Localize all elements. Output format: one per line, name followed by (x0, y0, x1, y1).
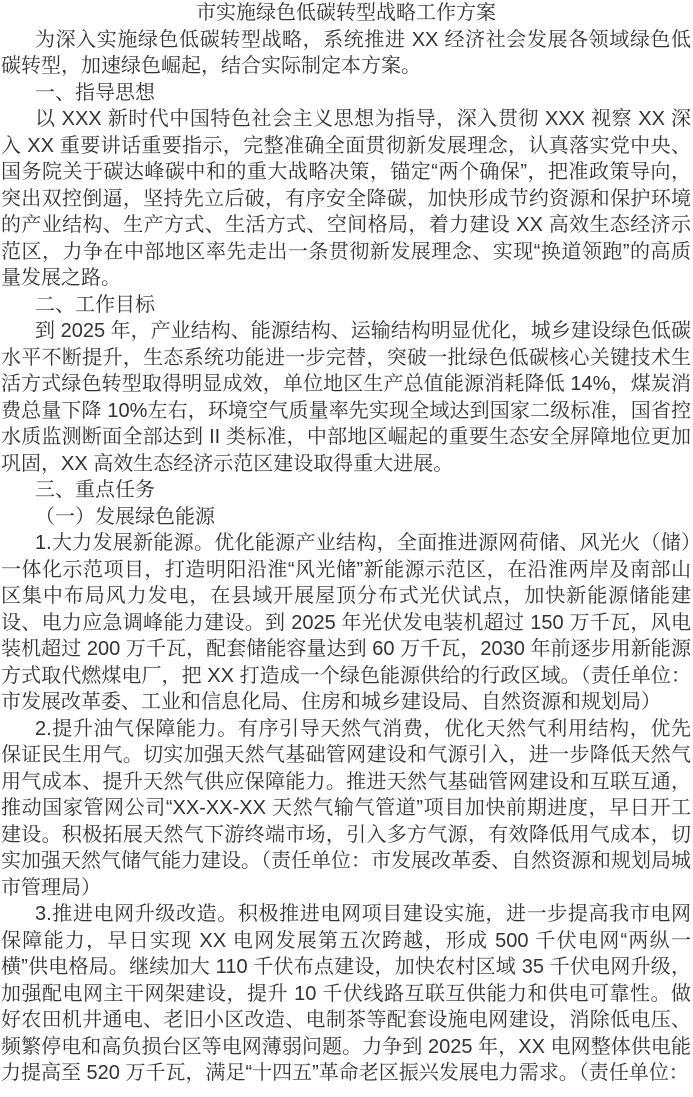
paragraph: 为深入实施绿色低碳转型战略，系统推进 XX 经济社会发展各领域绿色低碳转型，加速… (1, 27, 691, 80)
paragraph: 3.推进电网升级改造。积极推进电网项目建设实施，进一步提高我市电网保障能力，早日… (1, 901, 691, 1087)
section-heading: 一、指导思想 (1, 80, 691, 107)
document-page: 市实施绿色低碳转型战略工作方案 为深入实施绿色低碳转型战略，系统推进 XX 经济… (0, 0, 693, 1097)
paragraph: 到 2025 年，产业结构、能源结构、运输结构明显优化，城乡建设绿色低碳水平不断… (1, 318, 691, 477)
paragraph: 2.提升油气保障能力。有序引导天然气消费，优化天然气利用结构，优先保证民生用气。… (1, 716, 691, 902)
document-title: 市实施绿色低碳转型战略工作方案 (1, 0, 691, 27)
section-heading: 三、重点任务 (1, 477, 691, 504)
section-heading: （一）发展绿色能源 (1, 504, 691, 531)
paragraph: 1.大力发展新能源。优化能源产业结构，全面推进源网荷储、风光火（储）一体化示范项… (1, 530, 691, 716)
section-heading: 二、工作目标 (1, 292, 691, 319)
document-body: 为深入实施绿色低碳转型战略，系统推进 XX 经济社会发展各领域绿色低碳转型，加速… (1, 27, 691, 1087)
paragraph: 以 XXX 新时代中国特色社会主义思想为指导，深入贯彻 XXX 视察 XX 深入… (1, 106, 691, 292)
